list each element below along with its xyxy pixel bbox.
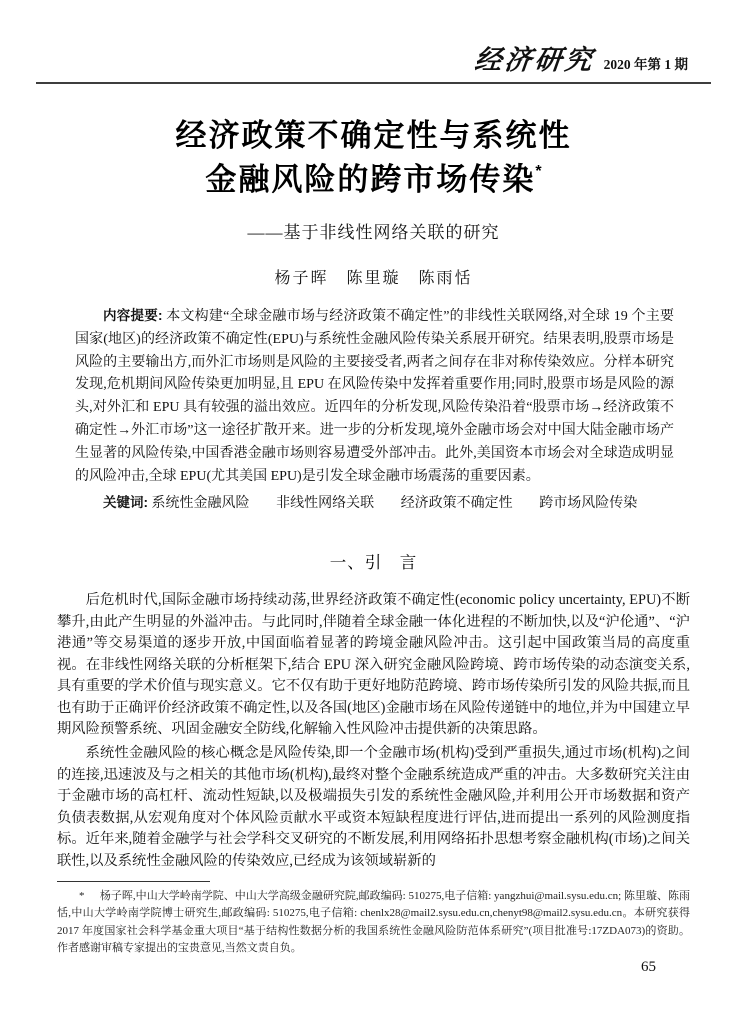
journal-page: 经济研究 2020 年第 1 期 经济政策不确定性与系统性 金融风险的跨市场传染… [0, 0, 744, 1025]
title-footnote-marker: * [535, 163, 541, 180]
footnote-text: 杨子晖,中山大学岭南学院、中山大学高级金融研究院,邮政编码: 510275,电子… [57, 890, 690, 954]
abstract-paragraph: 内容提要: 本文构建“全球金融市场与经济政策不确定性”的非线性关联网络,对全球 … [75, 305, 674, 489]
masthead: 经济研究 2020 年第 1 期 [57, 38, 690, 77]
article-subtitle: ——基于非线性网络关联的研究 [57, 218, 690, 243]
article-title: 经济政策不确定性与系统性 金融风险的跨市场传染* [57, 114, 690, 202]
header-rule [36, 82, 711, 84]
page-header: 经济研究 2020 年第 1 期 [57, 38, 690, 84]
journal-logo: 经济研究 [473, 38, 597, 77]
page-number: 65 [641, 959, 656, 976]
authors: 杨子晖 陈里璇 陈雨恬 [57, 265, 690, 288]
article-title-line2-text: 金融风险的跨市场传染 [205, 162, 535, 197]
article-title-line1: 经济政策不确定性与系统性 [57, 114, 690, 158]
abstract-block: 内容提要: 本文构建“全球金融市场与经济政策不确定性”的非线性关联网络,对全球 … [75, 305, 674, 489]
keyword-item: 系统性金融风险 [152, 496, 250, 511]
abstract-label: 内容提要: [103, 308, 162, 323]
keyword-item: 跨市场风险传染 [539, 496, 637, 511]
keyword-item: 经济政策不确定性 [401, 496, 513, 511]
abstract-text: 本文构建“全球金融市场与经济政策不确定性”的非线性关联网络,对全球 19 个主要… [75, 309, 674, 484]
section-heading-introduction: 一、引 言 [57, 549, 690, 573]
footnote: *杨子晖,中山大学岭南学院、中山大学高级金融研究院,邮政编码: 510275,电… [57, 888, 690, 958]
journal-issue: 2020 年第 1 期 [604, 53, 688, 73]
keyword-item: 非线性网络关联 [276, 496, 374, 511]
intro-paragraph-1: 后危机时代,国际金融市场持续动荡,世界经济政策不确定性(economic pol… [57, 590, 690, 740]
intro-paragraph-2: 系统性金融风险的核心概念是风险传染,即一个金融市场(机构)受到严重损失,通过市场… [57, 743, 690, 872]
footnote-marker: * [79, 890, 85, 902]
article-title-line2: 金融风险的跨市场传染* [57, 158, 690, 202]
keywords-line: 关键词: 系统性金融风险非线性网络关联经济政策不确定性跨市场风险传染 [75, 492, 674, 516]
footnote-rule [57, 881, 210, 882]
keywords-label: 关键词: [103, 495, 148, 510]
